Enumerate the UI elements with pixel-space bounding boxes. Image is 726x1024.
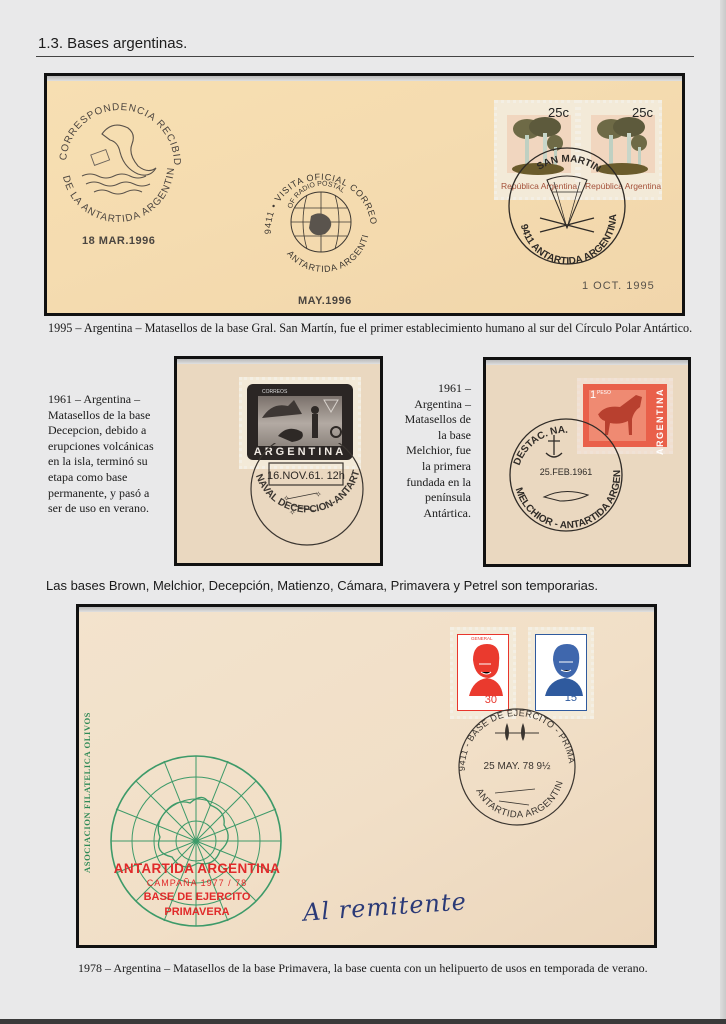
stamp-value: 1: [590, 389, 596, 401]
caption-san-martin: 1995 – Argentina – Matasellos de la base…: [48, 321, 726, 336]
note-temporary-bases: Las bases Brown, Melchior, Decepción, Ma…: [46, 578, 598, 593]
stamp-header: CORREOS: [262, 389, 287, 395]
page-bottom-edge: [0, 1019, 726, 1024]
svg-text:SAN MARTIN: SAN MARTIN: [535, 154, 603, 175]
sleeve-edge: [79, 607, 654, 612]
postmark-date: 25 MAY. 78 9½: [484, 761, 552, 772]
caption-decepcion: 1961 – Argentina – Matasellos de la base…: [48, 392, 166, 517]
stamp-country: ARGENTINA: [655, 388, 665, 455]
svg-text:DE LA ANTARTIDA ARGENTINA: DE LA ANTARTIDA ARGENTINA: [52, 94, 177, 225]
portrait-san-martin-icon: [467, 642, 503, 696]
portrait-icon: [545, 642, 583, 696]
heading-rule: [36, 56, 694, 57]
fragment-melchior: 1 PESO ARGENTINA DESTAC. NA. MELCHIOR - …: [483, 357, 691, 567]
cachet-base: BASE DE EJERCITO: [109, 891, 285, 903]
cachet-base-name: PRIMAVERA: [109, 906, 285, 918]
sleeve-edge: [177, 359, 380, 364]
expedition-scene-icon: [258, 396, 346, 446]
stamp-header: GENERAL: [471, 636, 493, 641]
page-heading: 1.3. Bases argentinas.: [38, 35, 187, 52]
svg-text:✧: ✧: [315, 490, 322, 499]
stamp-value: 15: [565, 692, 577, 704]
cachet-side-text: ASOCIACION FILATELICA OLIVOS: [82, 712, 92, 873]
postmark-date: 16.NOV.61. 12h: [267, 470, 345, 482]
stamp-unit: PESO: [597, 390, 611, 396]
cachet-title: ANTARTIDA ARGENTINA: [109, 861, 285, 876]
postmark-melchior: DESTAC. NA. MELCHIOR - ANTARTIDA ARGENTI…: [504, 415, 628, 535]
postmark-date: 25.FEB.1961: [540, 467, 593, 477]
postmark-date: 18 MAR.1996: [82, 235, 155, 247]
postmark-primavera: 9411 - BASE DE EJERCITO - PRIMAVERA ANTA…: [455, 705, 579, 827]
postmark-date: 1 OCT. 1995: [582, 280, 655, 292]
postmark-date: MAY.1996: [298, 295, 352, 307]
cover-san-martin: CORRESPONDENCIA RECIBIDA DE LA ANTARTIDA…: [44, 73, 685, 316]
caption-melchior: 1961 – Argentina – Matasellos de la base…: [404, 381, 471, 521]
postmark-correspondencia-recibida: CORRESPONDENCIA RECIBIDA DE LA ANTARTIDA…: [52, 94, 182, 229]
svg-text:✧: ✧: [289, 508, 296, 517]
stamp-value: 25c: [632, 105, 653, 120]
postmark-decepcion: 16.NOV.61. 12h NAVAL DECEPCION-ANTARTIDA…: [247, 443, 367, 553]
fragment-decepcion: CORREOS ARGENTINA 16.NOV.61. 12h NAVAL D…: [174, 356, 383, 566]
page-edge-shadow: [720, 0, 726, 1024]
caption-primavera: 1978 – Argentina – Matasellos de la base…: [78, 961, 718, 976]
svg-text:DESTAC. NA.: DESTAC. NA.: [512, 425, 569, 467]
cachet-campaign: CAMPAÑA 1977 / 78: [109, 878, 285, 888]
svg-text:✧: ✧: [283, 494, 290, 503]
stamp-value: 25c: [548, 105, 569, 120]
sleeve-edge: [486, 360, 688, 365]
postmark-visita-oficial: 9411 • VISITA OFICIAL CORREO ARGENTINO O…: [259, 156, 384, 281]
postmark-san-martin: SAN MARTIN 9411 ANTARTIDA ARGENTINA: [502, 140, 632, 268]
sleeve-edge: [47, 76, 682, 81]
cover-primavera: ASOCIACION FILATELICA OLIVOS ANTARTIDA A…: [76, 604, 657, 948]
svg-text:CORRESPONDENCIA RECIBIDA: CORRESPONDENCIA RECIBIDA: [52, 94, 182, 166]
